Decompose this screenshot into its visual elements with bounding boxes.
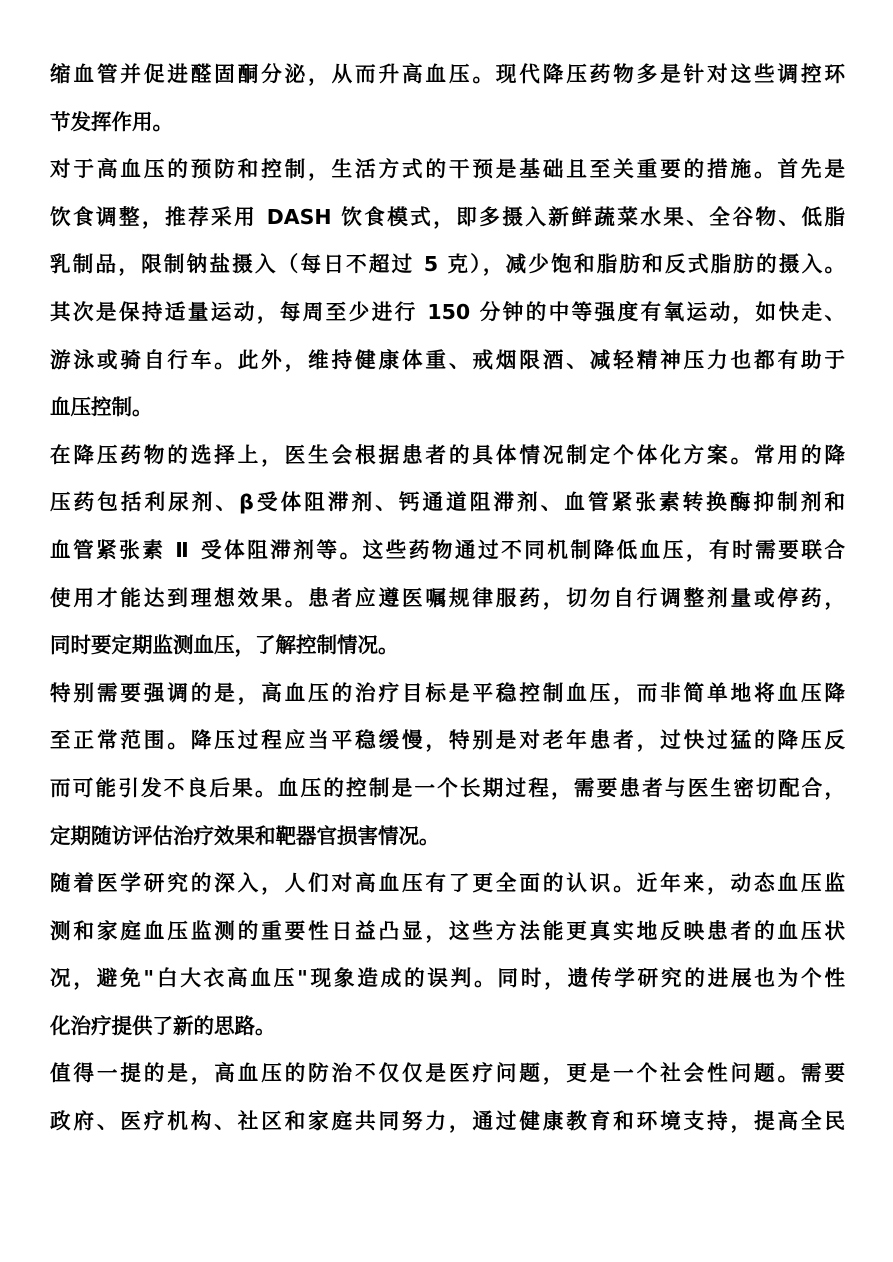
text-line: 对于高血压的预防和控制，生活方式的干预是基础且至关重要的措施。首先是 <box>50 146 845 194</box>
text-line: 而可能引发不良后果。血压的控制是一个长期过程，需要患者与医生密切配合， <box>50 765 845 813</box>
text-line: 至正常范围。降压过程应当平稳缓慢，特别是对老年患者，过快过猛的降压反 <box>50 717 845 765</box>
text-line: 压药包括利尿剂、β受体阻滞剂、钙通道阻滞剂、血管紧张素转换酶抑制剂和 <box>50 479 845 527</box>
text-line: 测和家庭血压监测的重要性日益凸显，这些方法能更真实地反映患者的血压状 <box>50 908 845 956</box>
text-line: 缩血管并促进醛固酮分泌，从而升高血压。现代降压药物多是针对这些调控环 <box>50 51 845 99</box>
text-line: 特别需要强调的是，高血压的治疗目标是平稳控制血压，而非简单地将血压降 <box>50 670 845 718</box>
text-line: 定期随访评估治疗效果和靶器官损害情况。 <box>50 813 845 861</box>
text-line: 在降压药物的选择上，医生会根据患者的具体情况制定个体化方案。常用的降 <box>50 432 845 480</box>
text-line: 化治疗提供了新的思路。 <box>50 1003 845 1051</box>
text-line: 政府、医疗机构、社区和家庭共同努力，通过健康教育和环境支持，提高全民 <box>50 1098 845 1146</box>
text-line: 血管紧张素 Ⅱ 受体阻滞剂等。这些药物通过不同机制降低血压，有时需要联合 <box>50 527 845 575</box>
text-line: 使用才能达到理想效果。患者应遵医嘱规律服药，切勿自行调整剂量或停药， <box>50 575 845 623</box>
text-line: 值得一提的是，高血压的防治不仅仅是医疗问题，更是一个社会性问题。需要 <box>50 1050 845 1098</box>
text-line: 同时要定期监测血压，了解控制情况。 <box>50 622 845 670</box>
text-line: 况，避免"白大衣高血压"现象造成的误判。同时，遗传学研究的进展也为个性 <box>50 955 845 1003</box>
text-line: 血压控制。 <box>50 384 845 432</box>
text-line: 随着医学研究的深入，人们对高血压有了更全面的认识。近年来，动态血压监 <box>50 860 845 908</box>
text-line: 游泳或骑自行车。此外，维持健康体重、戒烟限酒、减轻精神压力也都有助于 <box>50 337 845 385</box>
text-line: 饮食调整，推荐采用 DASH 饮食模式，即多摄入新鲜蔬菜水果、全谷物、低脂 <box>50 194 845 242</box>
document-page: 缩血管并促进醛固酮分泌，从而升高血压。现代降压药物多是针对这些调控环节发挥作用。… <box>0 0 893 1262</box>
text-line: 其次是保持适量运动，每周至少进行 150 分钟的中等强度有氧运动，如快走、 <box>50 289 845 337</box>
document-body: 缩血管并促进醛固酮分泌，从而升高血压。现代降压药物多是针对这些调控环节发挥作用。… <box>50 51 845 1146</box>
text-line: 节发挥作用。 <box>50 99 845 147</box>
text-line: 乳制品，限制钠盐摄入（每日不超过 5 克），减少饱和脂肪和反式脂肪的摄入。 <box>50 241 845 289</box>
